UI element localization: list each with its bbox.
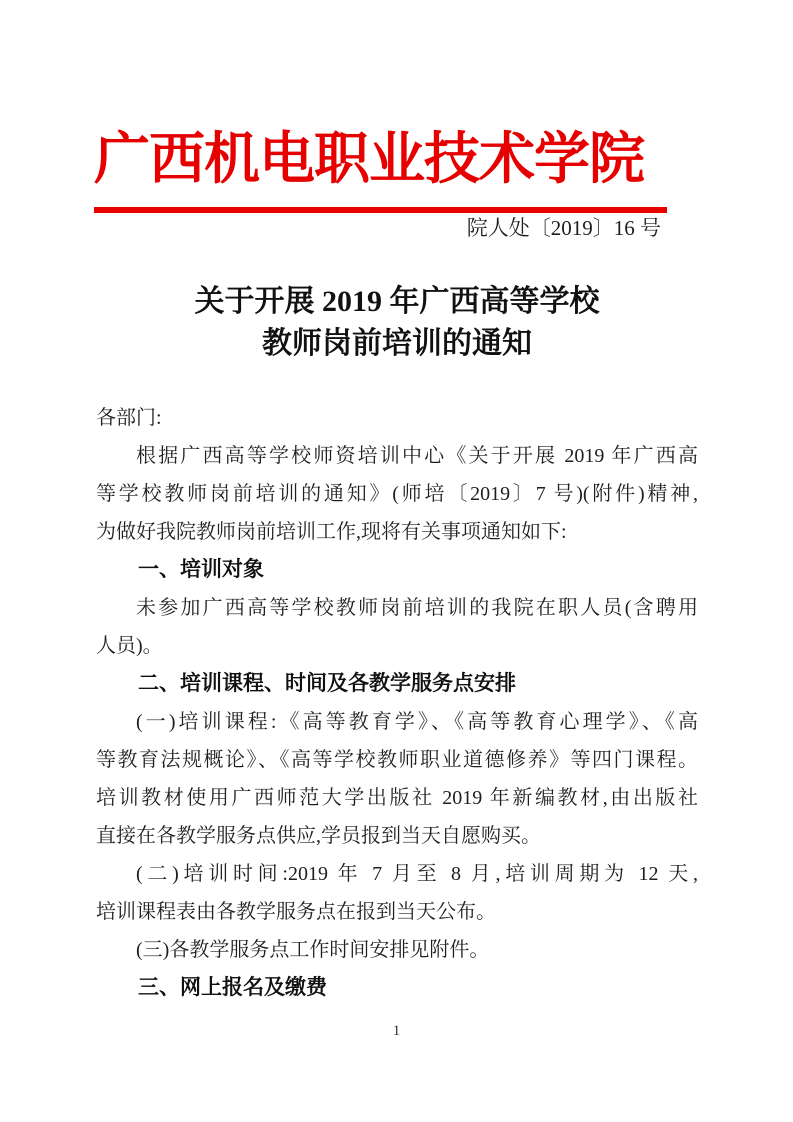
body-line: 等教育法规概论》、《高等学校教师职业道德修养》等四门课程。 [96, 741, 698, 779]
body-line: 二、培训课程、时间及各教学服务点安排 [96, 665, 698, 703]
doc-title-line1: 关于开展 2019 年广西高等学校 [96, 281, 698, 323]
body-line: (三)各教学服务点工作时间安排见附件。 [96, 931, 698, 969]
doc-body: 各部门: 根据广西高等学校师资培训中心《关于开展 2019 年广西高 等学校教师… [96, 399, 698, 1007]
doc-reference-number: 院人处〔2019〕16 号 [467, 215, 661, 242]
doc-title-line2: 教师岗前培训的通知 [96, 323, 698, 365]
body-line: 培训课程表由各教学服务点在报到当天公布。 [96, 893, 698, 931]
body-line: (一)培训课程:《高等教育学》、《高等教育心理学》、《高 [96, 703, 698, 741]
letterhead-org-name: 广西机电职业技术学院 [94, 128, 734, 192]
page-number: 1 [0, 1021, 793, 1041]
body-line: 根据广西高等学校师资培训中心《关于开展 2019 年广西高 [96, 437, 698, 475]
body-line: 培训教材使用广西师范大学出版社 2019 年新编教材,由出版社 [96, 779, 698, 817]
body-line: 各部门: [96, 399, 698, 437]
body-line: 直接在各教学服务点供应,学员报到当天自愿购买。 [96, 817, 698, 855]
body-line: 为做好我院教师岗前培训工作,现将有关事项通知如下: [96, 513, 698, 551]
body-line: (二)培训时间:2019 年 7 月至 8 月,培训周期为 12 天, [96, 855, 698, 893]
body-line: 三、网上报名及缴费 [96, 969, 698, 1007]
body-line: 一、培训对象 [96, 551, 698, 589]
doc-title: 关于开展 2019 年广西高等学校 教师岗前培训的通知 [96, 281, 698, 365]
letterhead-divider-line [94, 207, 667, 213]
body-line: 人员)。 [96, 627, 698, 665]
document-page: 广西机电职业技术学院 院人处〔2019〕16 号 关于开展 2019 年广西高等… [0, 0, 793, 1122]
body-line: 等学校教师岗前培训的通知》(师培〔2019〕7 号)(附件)精神, [96, 475, 698, 513]
body-line: 未参加广西高等学校教师岗前培训的我院在职人员(含聘用 [96, 589, 698, 627]
